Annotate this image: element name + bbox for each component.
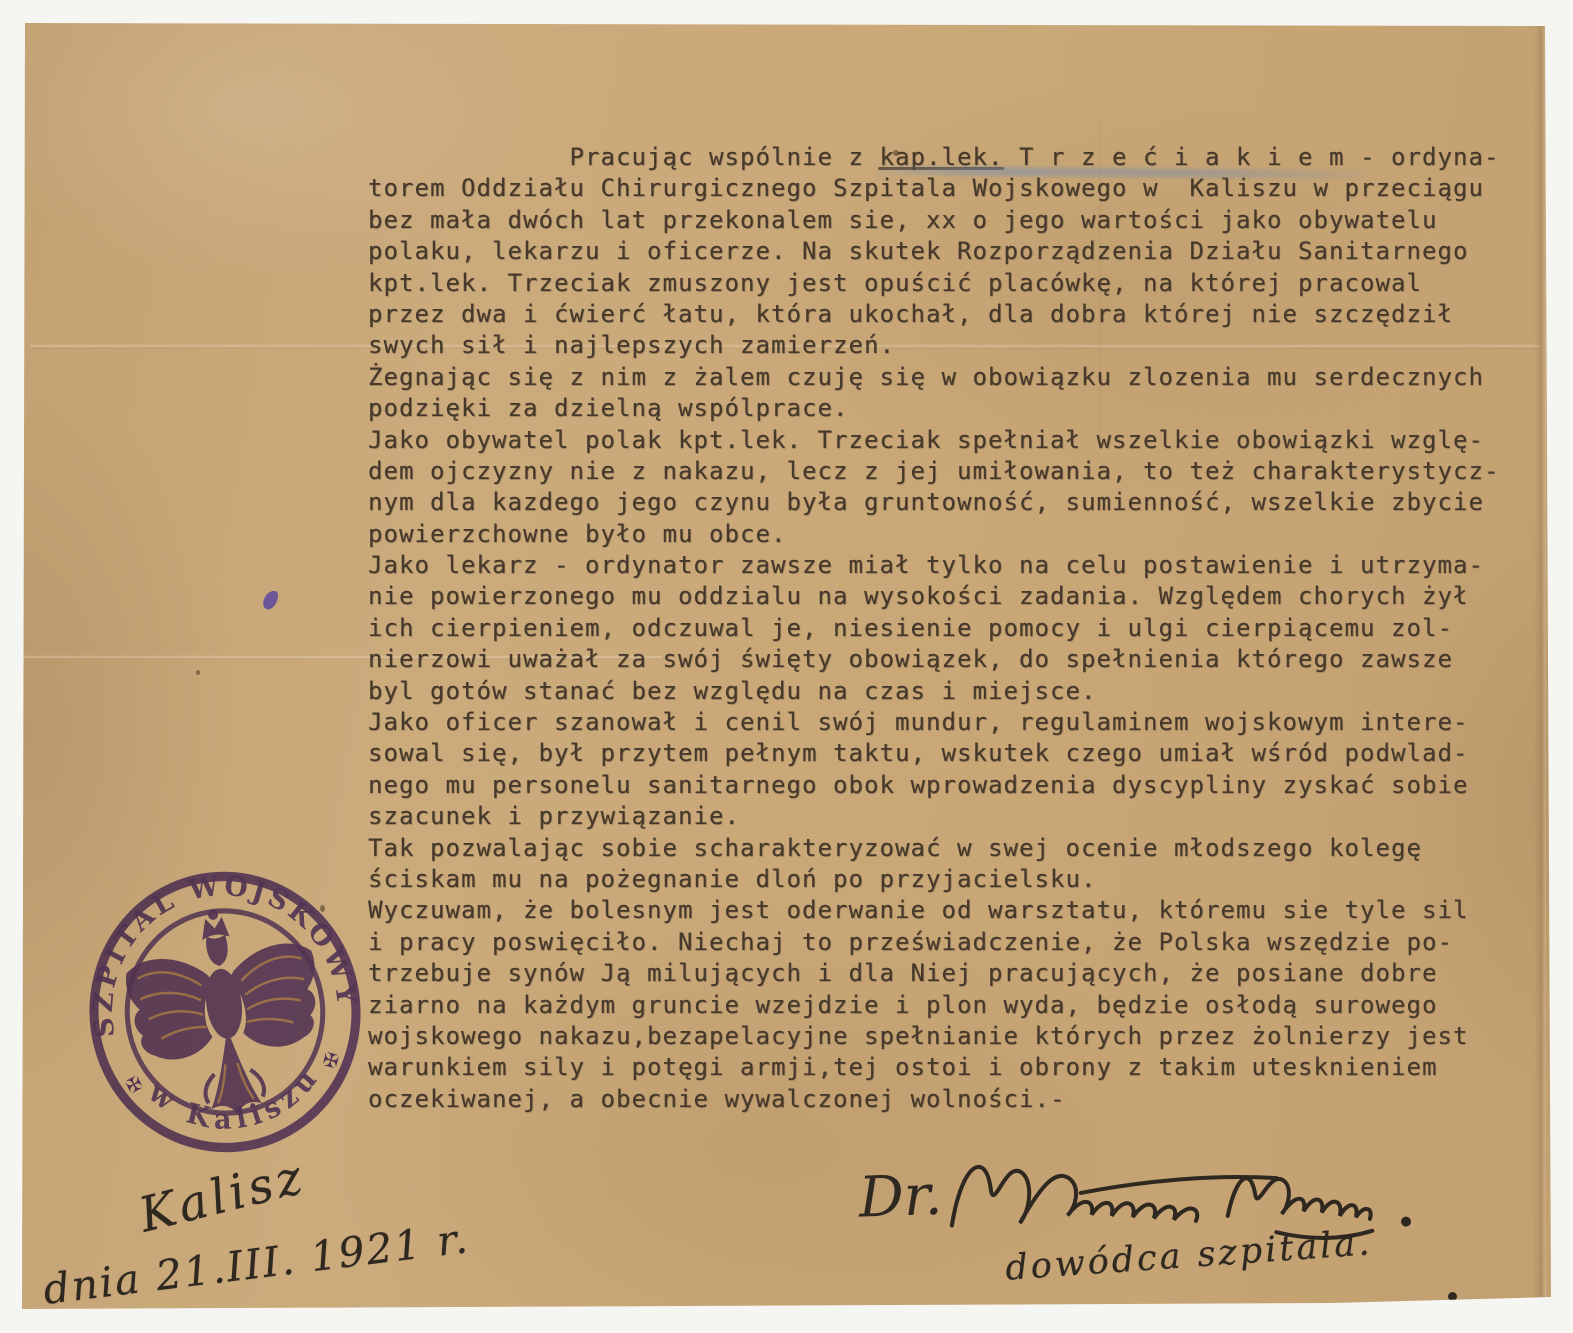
signature-prefix: Dr. [857,1163,944,1231]
typed-line: powierzchowne było mu obce. [368,519,1543,550]
typed-line: Tak pozwalając sobie scharakteryzować w … [368,833,1543,864]
typed-letter-body: Pracując wspólnie z kap.lek. T r z e ć i… [368,142,1543,1115]
typed-line: oczekiwanej, a obecnie wywalczonej wolno… [368,1084,1543,1115]
typed-line: podzięki za dzielną wspólprace. [368,393,1543,424]
typed-line: ich cierpieniem, odczuwal je, niesienie … [368,613,1543,644]
typed-line: polaku, lekarzu i oficerze. Na skutek Ro… [368,236,1543,267]
maltese-cross-icon: ✠ [321,1042,342,1074]
typed-line: wojskowego nakazu,bezapelacyjne spełnian… [368,1021,1543,1052]
handwritten-date: dnia 21.III. 1921 r. [41,1214,472,1314]
typed-line: ściskam mu na pożegnanie dloń po przyjac… [368,864,1543,895]
typed-line: nierzowi uważał za swój święty obowiązek… [368,644,1543,675]
typed-line: sowal się, był przytem pełnym taktu, wsk… [368,738,1543,769]
ink-blot [261,588,280,611]
typed-line: nego mu personelu sanitarnego obok wprow… [368,770,1543,801]
typed-line: bez mała dwóch lat przekonalem sie, xx o… [368,205,1543,236]
typed-line: swych sił i najlepszych zamierzeń. [368,330,1543,361]
signature-period [1401,1216,1411,1226]
typed-line: przez dwa i ćwierć łatu, która ukochał, … [368,299,1543,330]
typed-line: nie powierzonego mu oddzialu na wysokośc… [368,581,1543,612]
typed-line: torem Oddziału Chirurgicznego Szpitala W… [368,173,1543,204]
typed-line: warunkiem sily i potęgi armji,tej ostoi … [368,1052,1543,1083]
typed-line: szacunek i przywiązanie. [368,801,1543,832]
typed-line: Żegnając się z nim z żalem czuję się w o… [368,362,1543,393]
typed-line: kpt.lek. Trzeciak zmuszony jest opuścić … [368,268,1543,299]
signature-role-period [1448,1292,1457,1301]
typed-line: trzebuje synów Ją milujących i dla Niej … [368,958,1543,989]
typed-line: ziarno na każdym gruncie wzejdzie i plon… [368,990,1543,1021]
typed-line: byl gotów stanać bez względu na czas i m… [368,676,1543,707]
typed-line: dem ojczyzny nie z nakazu, lecz z jej um… [368,456,1543,487]
letter-paper: Pracując wspólnie z kap.lek. T r z e ć i… [0,0,1573,1333]
typed-line: Jako obywatel polak kpt.lek. Trzeciak sp… [368,425,1543,456]
typed-line: Jako oficer szanował i cenil swój mundur… [368,707,1543,738]
typed-line: Wyczuwam, że bolesnym jest oderwanie od … [368,895,1543,926]
paper-speck [893,150,899,156]
typed-line: i pracy poswięciło. Niechaj to przeświad… [368,927,1543,958]
typed-line: nym dla kazdego jego czynu była gruntown… [368,487,1543,518]
hospital-round-stamp: SZPITAL WOJSKOWY w Kaliszu ✠ ✠ [67,850,382,1174]
paper-speck [196,670,200,675]
document-scan: Pracując wspólnie z kap.lek. T r z e ć i… [0,0,1573,1333]
typed-line: Jako lekarz - ordynator zawsze miał tylk… [368,550,1543,581]
